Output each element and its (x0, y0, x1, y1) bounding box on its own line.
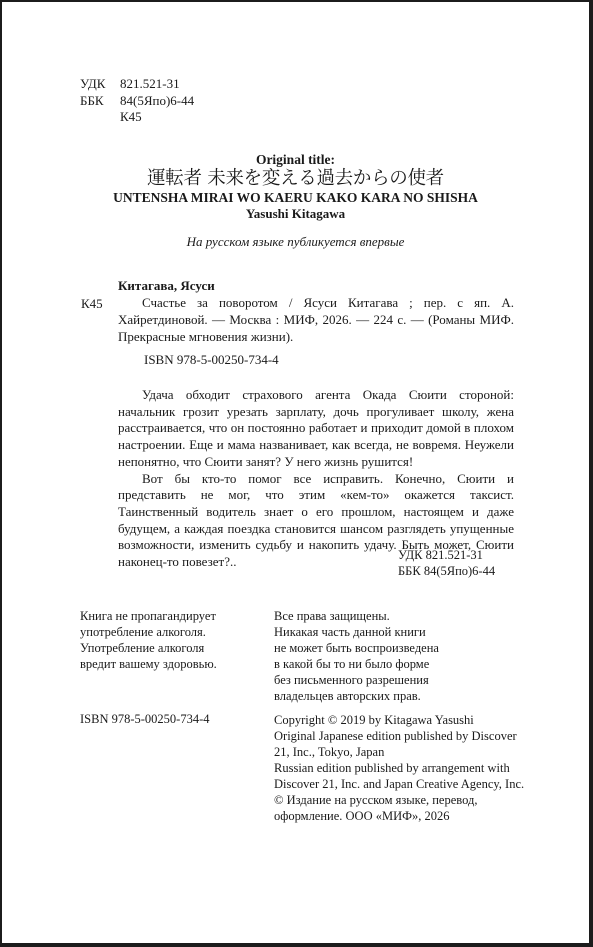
catalog-author-heading: Китагава, Ясуси (118, 278, 215, 294)
rights-line: Никакая часть данной книги (274, 624, 439, 640)
rights-line: Все права защищены. (274, 608, 439, 624)
annotation-paragraph: Удача обходит страхового агента Окада Сю… (118, 387, 514, 471)
bbk-value: 84(5Япо)6-44 (120, 93, 194, 110)
catalog-description-text: Счастье за поворотом / Ясуси Китагава ; … (118, 295, 514, 345)
copyright-line: Original Japanese edition published by D… (274, 728, 524, 744)
catalog-isbn: ISBN 978-5-00250-734-4 (144, 352, 279, 368)
copyright-notice: Copyright © 2019 by Kitagawa Yasushi Ori… (274, 712, 524, 824)
imprint-page: УДК 821.521-31 ББК 84(5Япо)6-44 К45 Orig… (2, 2, 589, 943)
rights-line: владельцев авторских прав. (274, 688, 439, 704)
annotation: Удача обходит страхового агента Окада Сю… (118, 387, 514, 571)
first-publication-note: На русском языке публикуется впервые (2, 234, 589, 250)
original-title-block: Original title: 運転者 未来を変える過去からの使者 UNTENS… (2, 152, 589, 222)
rights-line: без письменного разрешения (274, 672, 439, 688)
catalog-code: К45 (81, 296, 103, 312)
copyright-line: Discover 21, Inc. and Japan Creative Age… (274, 776, 524, 792)
disclaimer-line: употребление алкоголя. (80, 624, 217, 640)
rights-line: не может быть воспроизведена (274, 640, 439, 656)
copyright-line: Russian edition published by arrangement… (274, 760, 524, 776)
alcohol-disclaimer: Книга не пропагандирует употребление алк… (80, 608, 217, 672)
romaji-title: UNTENSHA MIRAI WO KAERU KAKO KARA NO SHI… (2, 190, 589, 206)
catalog-description: Счастье за поворотом / Ясуси Китагава ; … (118, 295, 514, 345)
disclaimer-line: Употребление алкоголя (80, 640, 217, 656)
classification-block: УДК 821.521-31 ББК 84(5Япо)6-44 К45 (80, 76, 194, 126)
japanese-title: 運転者 未来を変える過去からの使者 (2, 168, 589, 190)
copyright-line: 21, Inc., Tokyo, Japan (274, 744, 524, 760)
udk-repeat: УДК 821.521-31 (398, 547, 495, 563)
copyright-line: © Издание на русском языке, перевод, (274, 792, 524, 808)
disclaimer-line: Книга не пропагандирует (80, 608, 217, 624)
isbn-bottom: ISBN 978-5-00250-734-4 (80, 712, 210, 727)
author-sign: К45 (120, 109, 142, 126)
original-title-heading: Original title: (2, 152, 589, 168)
classification-repeat: УДК 821.521-31 ББК 84(5Япо)6-44 (398, 547, 495, 579)
copyright-line: Copyright © 2019 by Kitagawa Yasushi (274, 712, 524, 728)
bbk-repeat: ББК 84(5Япо)6-44 (398, 563, 495, 579)
rights-line: в какой бы то ни было форме (274, 656, 439, 672)
disclaimer-line: вредит вашему здоровью. (80, 656, 217, 672)
original-author: Yasushi Kitagawa (2, 206, 589, 222)
rights-notice: Все права защищены. Никакая часть данной… (274, 608, 439, 704)
bbk-label: ББК (80, 93, 120, 110)
udk-label: УДК (80, 76, 120, 93)
copyright-line: оформление. ООО «МИФ», 2026 (274, 808, 524, 824)
udk-value: 821.521-31 (120, 76, 180, 93)
